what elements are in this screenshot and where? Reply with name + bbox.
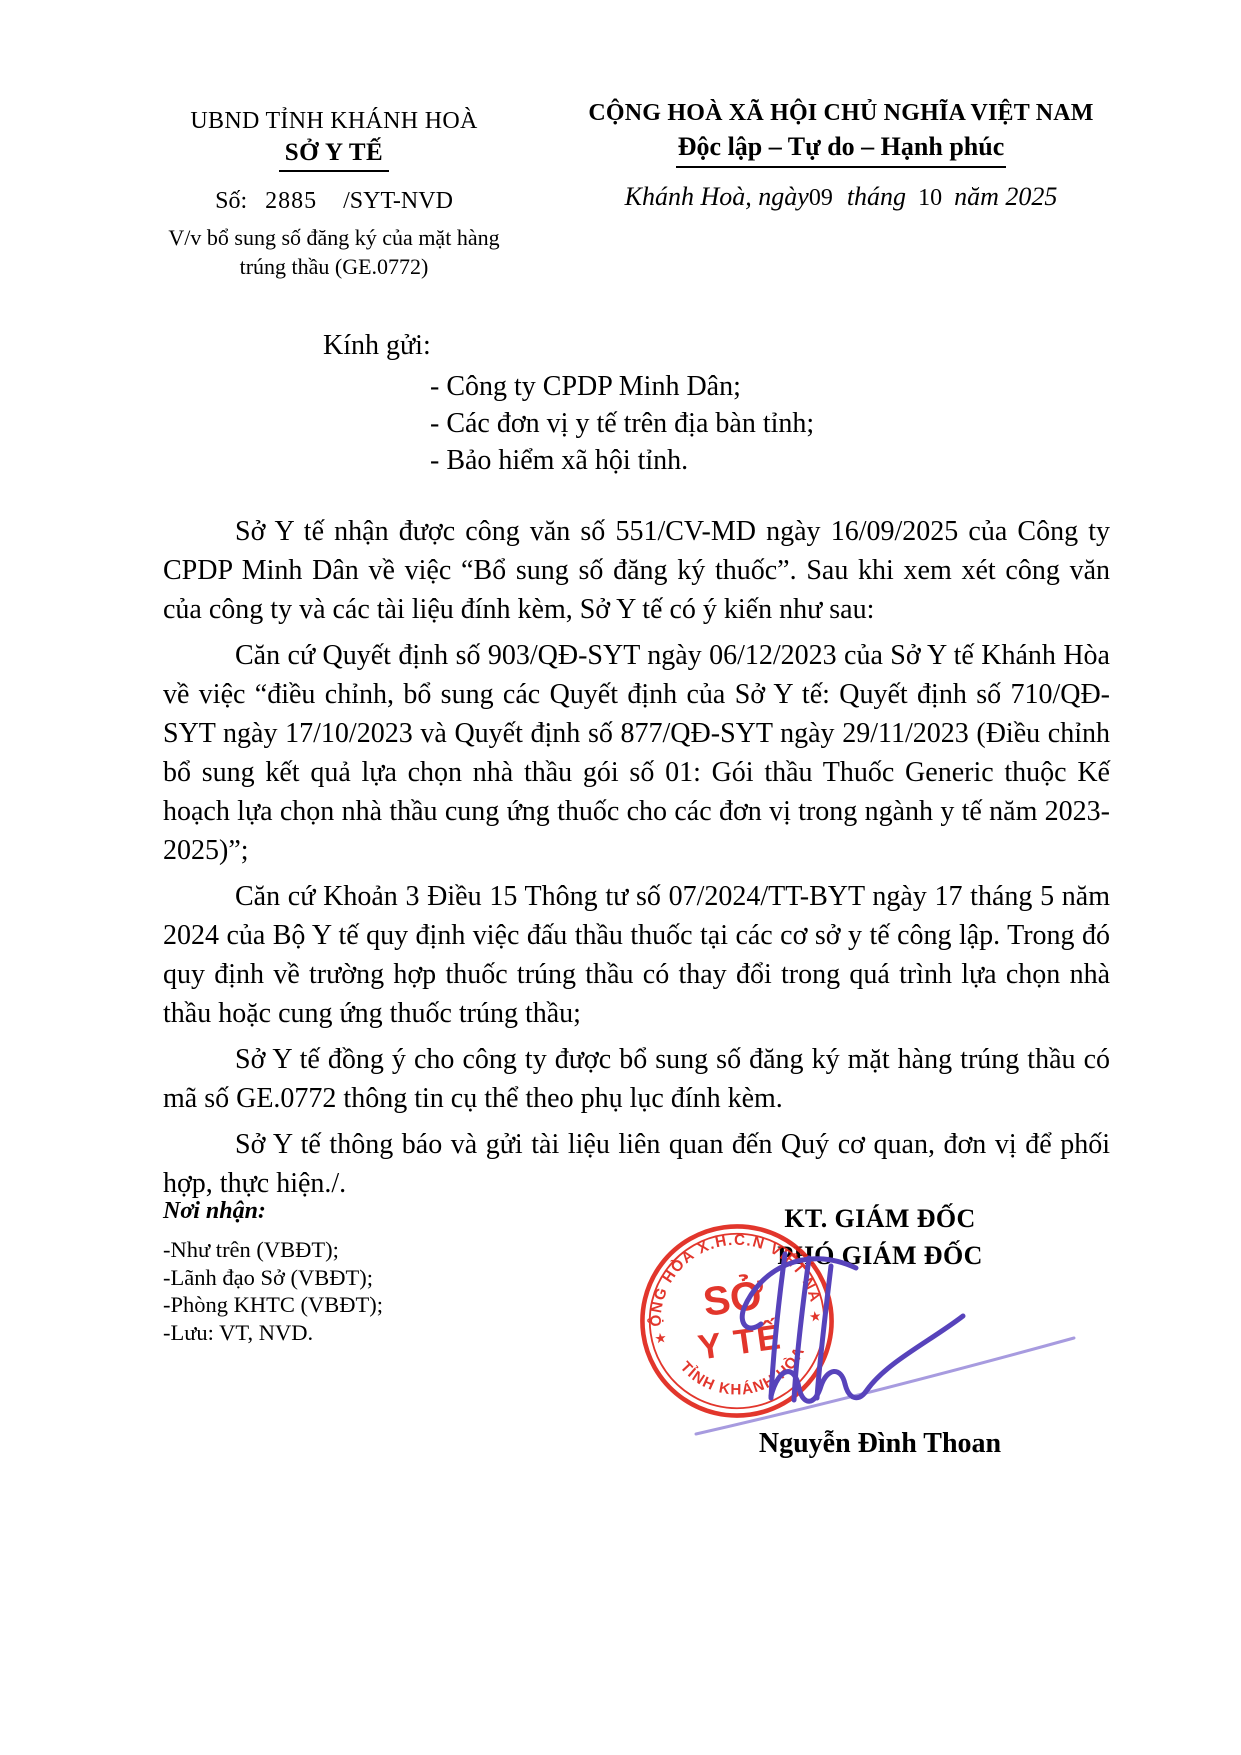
body-paragraph: Căn cứ Quyết định số 903/QĐ-SYT ngày 06/… — [163, 636, 1110, 870]
seal-center-line1: SỞ — [700, 1271, 768, 1325]
national-title: CỘNG HOÀ XÃ HỘI CHỦ NGHĨA VIỆT NAM — [562, 100, 1120, 127]
org-name: SỞ Y TẾ — [279, 137, 389, 172]
noi-nhan-item: -Như trên (VBĐT); — [163, 1236, 383, 1264]
seal-star-right: ★ — [808, 1308, 822, 1325]
noi-nhan-list: -Như trên (VBĐT); -Lãnh đạo Sở (VBĐT); -… — [163, 1236, 383, 1346]
document-number-value: 2885 — [265, 188, 317, 215]
seal-graphic: CỘNG HÒA X.H.C.N VIỆT NAM TỈNH KHÁNH HÒA… — [623, 1207, 851, 1435]
noi-nhan-item: -Lãnh đạo Sở (VBĐT); — [163, 1264, 383, 1292]
document-number-label: Số: — [215, 188, 247, 214]
org-parent: UBND TỈNH KHÁNH HOÀ — [128, 108, 540, 135]
official-seal: CỘNG HÒA X.H.C.N VIỆT NAM TỈNH KHÁNH HÒA… — [623, 1207, 851, 1435]
seal-star-left: ★ — [653, 1330, 667, 1347]
document-page: UBND TỈNH KHÁNH HOÀ SỞ Y TẾ Số:2885/SYT-… — [0, 0, 1241, 1755]
body-paragraph: Căn cứ Khoản 3 Điều 15 Thông tư số 07/20… — [163, 877, 1110, 1033]
date-word-month: tháng — [847, 182, 906, 211]
recipient-item: - Các đơn vị y tế trên địa bàn tỉnh; — [430, 405, 814, 442]
noi-nhan-item: -Phòng KHTC (VBĐT); — [163, 1291, 383, 1319]
national-motto: Độc lập – Tự do – Hạnh phúc — [676, 132, 1007, 168]
noi-nhan-label: Nơi nhận: — [163, 1198, 266, 1225]
national-header-block: CỘNG HOÀ XÃ HỘI CHỦ NGHĨA VIỆT NAM Độc l… — [562, 100, 1120, 212]
date-month: 10 — [918, 185, 942, 211]
date-day: 09 — [809, 185, 833, 211]
subject-line-2: trúng thầu (GE.0772) — [128, 252, 540, 281]
document-subject: V/v bổ sung số đăng ký của mặt hàng trún… — [128, 223, 540, 281]
date-word-year: năm — [954, 182, 999, 211]
signer-name: Nguyễn Đình Thoan — [640, 1428, 1120, 1460]
recipient-list: - Công ty CPDP Minh Dân; - Các đơn vị y … — [430, 368, 814, 479]
noi-nhan-item: -Lưu: VT, NVD. — [163, 1319, 383, 1347]
body-paragraph: Sở Y tế thông báo và gửi tài liệu liên q… — [163, 1125, 1110, 1203]
document-number: Số:2885/SYT-NVD — [128, 188, 540, 215]
subject-line-1: V/v bổ sung số đăng ký của mặt hàng — [128, 223, 540, 252]
date-year: 2025 — [1005, 182, 1057, 211]
issuing-org-block: UBND TỈNH KHÁNH HOÀ SỞ Y TẾ Số:2885/SYT-… — [128, 108, 540, 281]
place-date-line: Khánh Hoà, ngày09tháng10năm 2025 — [562, 182, 1120, 212]
salutation-label: Kính gửi: — [323, 330, 431, 362]
document-number-suffix: /SYT-NVD — [343, 188, 453, 214]
document-body: Sở Y tế nhận được công văn số 551/CV-MD … — [163, 512, 1110, 1210]
recipient-item: - Bảo hiểm xã hội tỉnh. — [430, 442, 814, 479]
body-paragraph: Sở Y tế nhận được công văn số 551/CV-MD … — [163, 512, 1110, 629]
recipient-item: - Công ty CPDP Minh Dân; — [430, 368, 814, 405]
body-paragraph: Sở Y tế đồng ý cho công ty được bổ sung … — [163, 1040, 1110, 1118]
place-date-prefix: Khánh Hoà, ngày — [625, 182, 809, 211]
